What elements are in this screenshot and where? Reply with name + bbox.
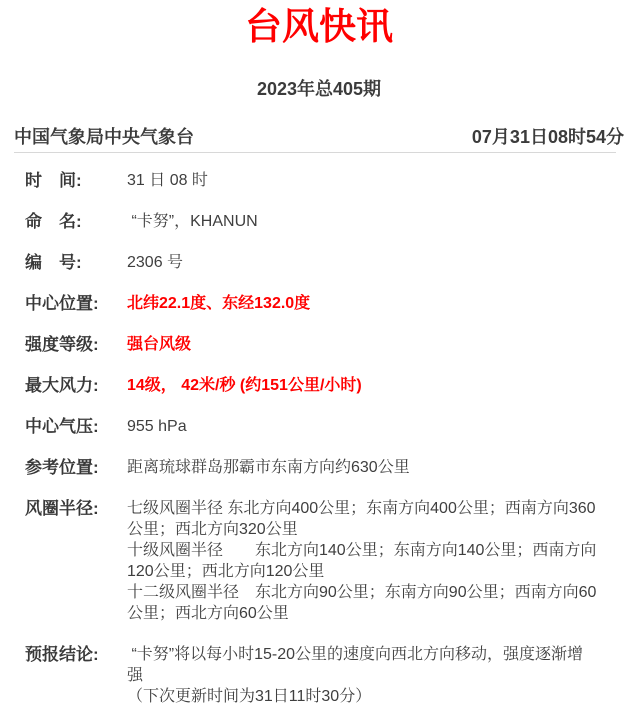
field-value: “卡努”，KHANUN — [127, 211, 628, 232]
field-value: 北纬22.1度、东经132.0度 — [127, 293, 628, 314]
agency-name: 中国气象局中央气象台 — [14, 125, 194, 149]
field-row-pressure: 中心气压: 955 hPa — [25, 416, 628, 437]
field-row-max-wind: 最大风力: 14级， 42米/秒 (约151公里/小时) — [25, 375, 628, 396]
field-label: 编 号: — [25, 252, 127, 273]
field-row-wind-circle: 风圈半径: 七级风圈半径 东北方向400公里；东南方向400公里；西南方向360… — [25, 498, 628, 624]
field-value: 强台风级 — [127, 334, 628, 355]
field-row-time: 时 间: 31 日 08 时 — [25, 170, 628, 191]
agency-row: 中国气象局中央气象台 07月31日08时54分 — [0, 125, 638, 149]
field-label: 风圈半径: — [25, 498, 127, 519]
field-row-position: 中心位置: 北纬22.1度、东经132.0度 — [25, 293, 628, 314]
divider — [14, 152, 616, 153]
field-value: 31 日 08 时 — [127, 170, 628, 191]
field-row-forecast: 预报结论: “卡努”将以每小时15-20公里的速度向西北方向移动，强度逐渐增 强… — [25, 644, 628, 707]
field-label: 命 名: — [25, 211, 127, 232]
field-value: 七级风圈半径 东北方向400公里；东南方向400公里；西南方向360 公里；西北… — [127, 498, 628, 624]
page-title: 台风快讯 — [0, 6, 638, 48]
field-value: 距离琉球群岛那霸市东南方向约630公里 — [127, 457, 628, 478]
field-label: 最大风力: — [25, 375, 127, 396]
issue-number: 2023年总405期 — [0, 78, 638, 100]
field-value: 14级， 42米/秒 (约151公里/小时) — [127, 375, 628, 396]
field-label: 中心气压: — [25, 416, 127, 437]
field-row-intensity: 强度等级: 强台风级 — [25, 334, 628, 355]
field-row-reference: 参考位置: 距离琉球群岛那霸市东南方向约630公里 — [25, 457, 628, 478]
field-value: 955 hPa — [127, 416, 628, 437]
field-row-name: 命 名: “卡努”，KHANUN — [25, 211, 628, 232]
typhoon-bulletin: 台风快讯 2023年总405期 中国气象局中央气象台 07月31日08时54分 … — [0, 6, 638, 728]
field-label: 强度等级: — [25, 334, 127, 355]
field-list: 时 间: 31 日 08 时 命 名: “卡努”，KHANUN 编 号: 230… — [0, 170, 638, 707]
report-datetime: 07月31日08时54分 — [472, 125, 624, 149]
field-label: 预报结论: — [25, 644, 127, 665]
field-value: 2306 号 — [127, 252, 628, 273]
field-label: 时 间: — [25, 170, 127, 191]
field-label: 参考位置: — [25, 457, 127, 478]
field-value: “卡努”将以每小时15-20公里的速度向西北方向移动，强度逐渐增 强 （下次更新… — [127, 644, 628, 707]
field-row-number: 编 号: 2306 号 — [25, 252, 628, 273]
field-label: 中心位置: — [25, 293, 127, 314]
